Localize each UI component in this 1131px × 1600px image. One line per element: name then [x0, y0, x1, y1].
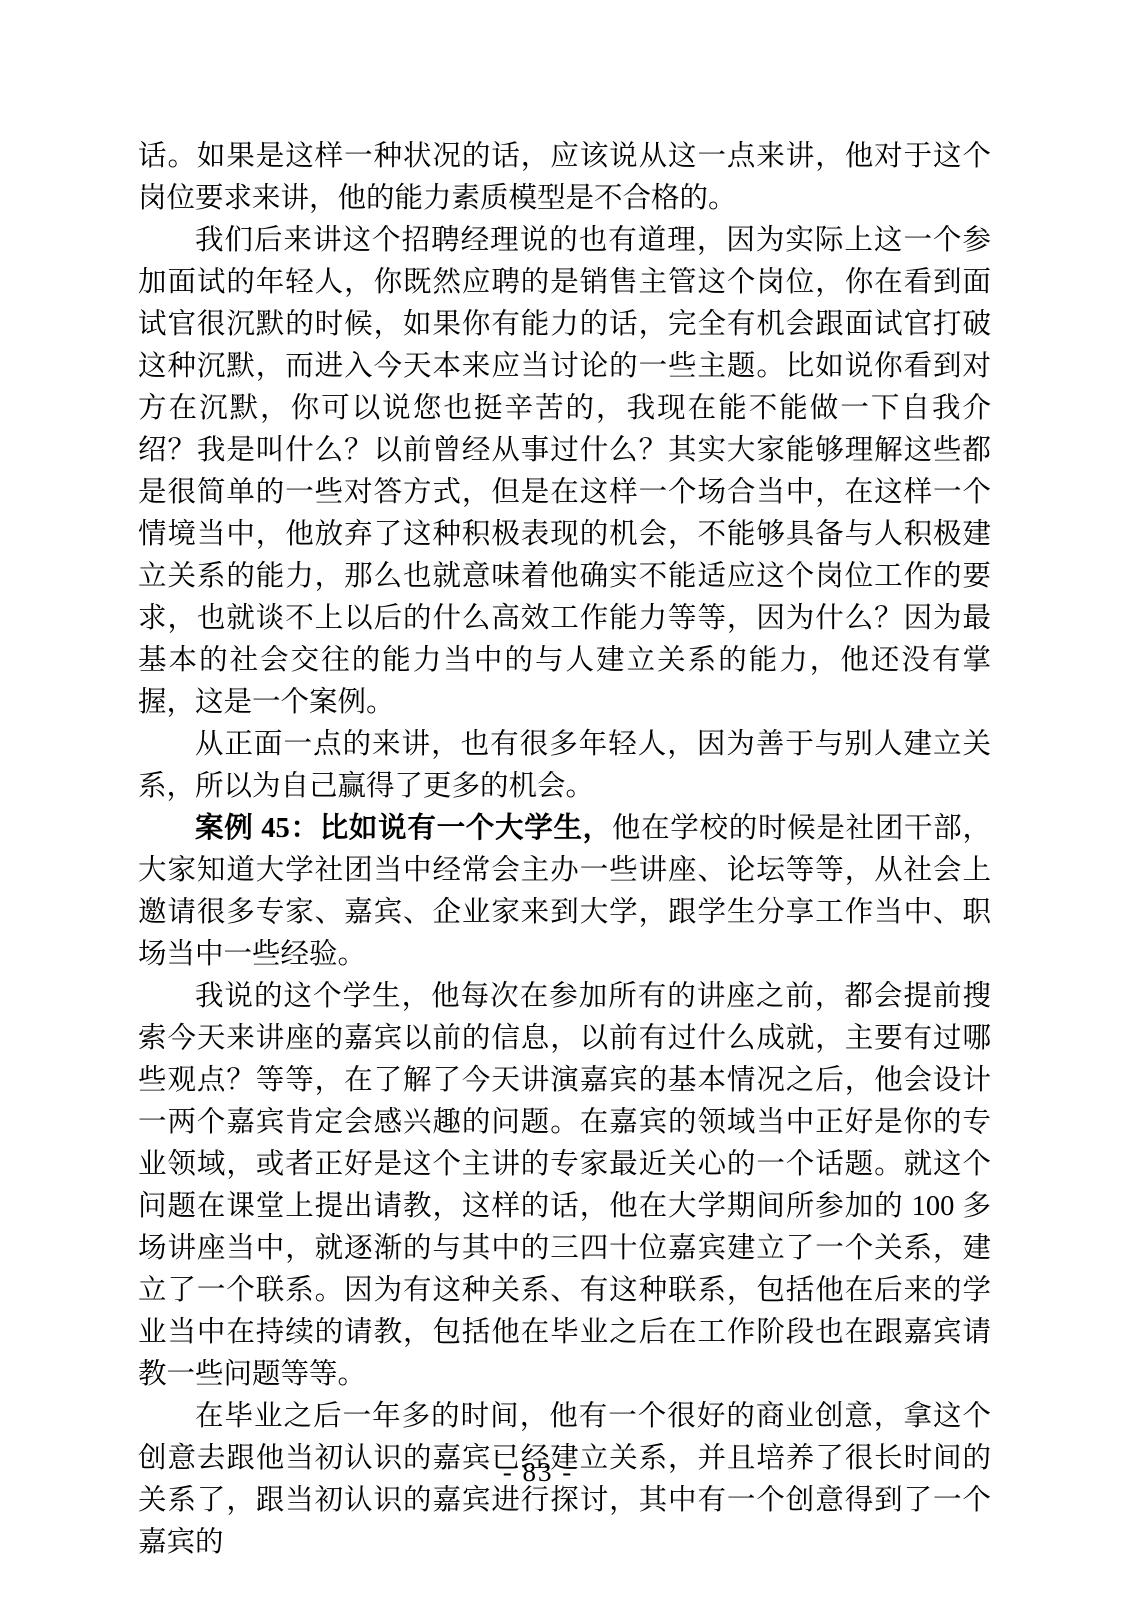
- document-page: 话。如果是这样一种状况的话，应该说从这一点来讲，他对于这个岗位要求来讲，他的能力…: [0, 0, 1131, 1600]
- case-45-bold-lead: 案例 45：比如说有一个大学生，: [195, 813, 612, 844]
- paragraph-2: 我们后来讲这个招聘经理说的也有道理，因为实际上这一个参加面试的年轻人，你既然应聘…: [138, 220, 991, 724]
- paragraph-3: 从正面一点的来讲，也有很多年轻人，因为善于与别人建立关系，所以为自己赢得了更多的…: [138, 724, 991, 808]
- page-number: - 83 -: [138, 1457, 938, 1488]
- paragraph-1: 话。如果是这样一种状况的话，应该说从这一点来讲，他对于这个岗位要求来讲，他的能力…: [138, 136, 991, 220]
- page-content: 话。如果是这样一种状况的话，应该说从这一点来讲，他对于这个岗位要求来讲，他的能力…: [138, 136, 991, 1564]
- paragraph-case-45: 案例 45：比如说有一个大学生，他在学校的时候是社团干部，大家知道大学社团当中经…: [138, 808, 991, 976]
- paragraph-5: 我说的这个学生，他每次在参加所有的讲座之前，都会提前搜索今天来讲座的嘉宾以前的信…: [138, 976, 991, 1396]
